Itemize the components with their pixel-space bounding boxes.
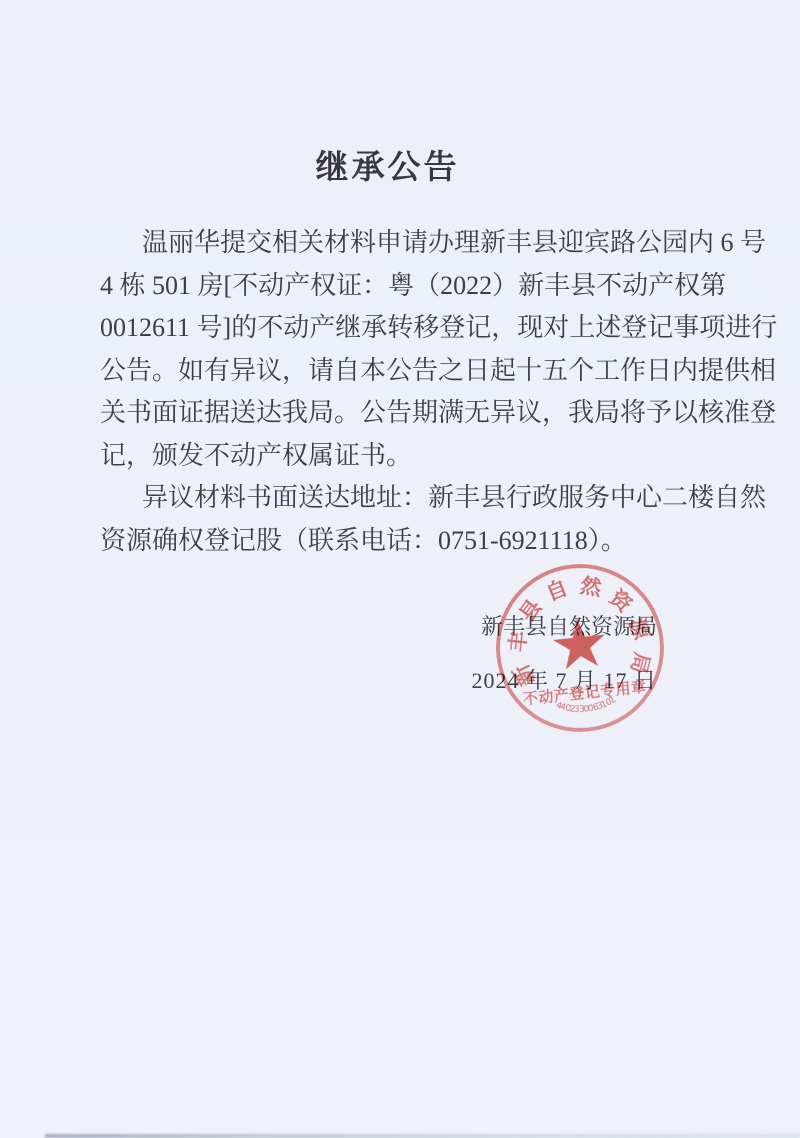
seal-arc-char: 自 (541, 572, 572, 608)
seal-arc-char: 源 (622, 614, 657, 643)
official-seal: 新 丰 县 自 然 资 源 局 ★ 不动产登记专用章 4 4 0 2 3 3 0… (488, 556, 673, 741)
seal-arc-char: 然 (578, 569, 604, 602)
paragraph1-line: 0012611 号]的不动产继承转移登记，现对上述登记事项进行 (100, 307, 703, 350)
paragraph2-line: 资源确权登记股（联系电话：0751-6921118）。 (100, 520, 703, 563)
seal-arc-char: 局 (624, 649, 658, 677)
document-title: 继承公告 (0, 141, 775, 188)
paragraph1-line: 温丽华提交相关材料申请办理新丰县迎宾路公园内 6 号 (100, 222, 703, 265)
paragraph1-line: 关书面证据送达我局。公告期满无异议，我局将予以核准登 (100, 392, 703, 435)
seal-arc-char: 丰 (501, 629, 533, 653)
scan-edge-shadow (45, 1134, 800, 1138)
document-body: 温丽华提交相关材料申请办理新丰县迎宾路公园内 6 号 4 栋 501 房[不动产… (100, 222, 703, 562)
paragraph1-line: 记，颁发不动产权属证书。 (100, 435, 703, 478)
paragraph2-line: 异议材料书面送达地址：新丰县行政服务中心二楼自然 (100, 477, 703, 520)
scanned-document-page: 继承公告 温丽华提交相关材料申请办理新丰县迎宾路公园内 6 号 4 栋 501 … (0, 0, 800, 1138)
paragraph1-line: 公告。如有异议，请自本公告之日起十五个工作日内提供相 (100, 350, 703, 393)
paragraph1-line: 4 栋 501 房[不动产权证：粤（2022）新丰县不动产权第 (100, 265, 703, 308)
seal-arc-char: 资 (604, 582, 640, 618)
seal-arc-char: 县 (511, 593, 548, 628)
star-icon: ★ (546, 608, 614, 682)
